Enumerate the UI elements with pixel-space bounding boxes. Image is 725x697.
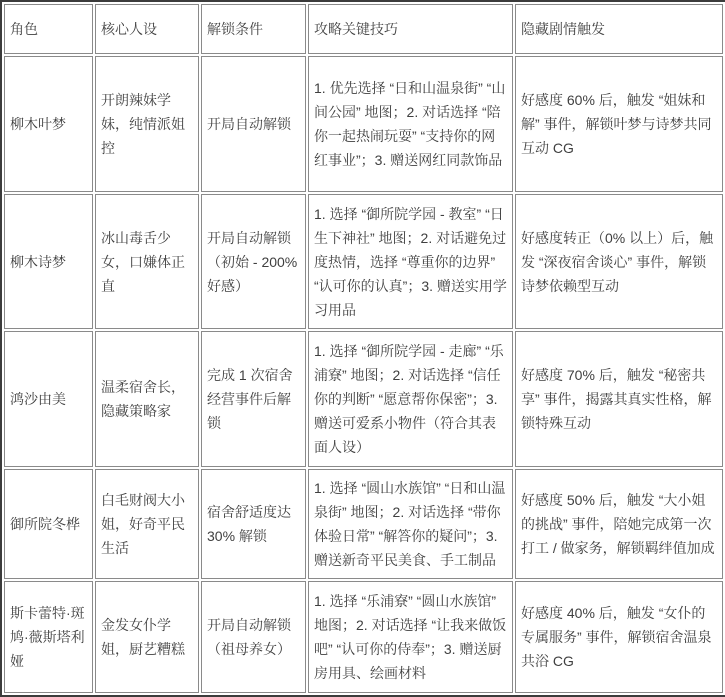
cell-persona: 开朗辣妹学妹，纯情派姐控 bbox=[95, 56, 199, 192]
table-row: 柳木诗梦 冰山毒舌少女，口嫌体正直 开局自动解锁 （初始 - 200% 好感） … bbox=[4, 194, 723, 329]
table-row: 斯卡蕾特·斑鸠·薇斯塔利娅 金发女仆学姐，厨艺糟糕 开局自动解锁 （祖母养女） … bbox=[4, 581, 723, 693]
header-cell-tips: 攻略关键技巧 bbox=[308, 4, 513, 54]
cell-persona: 冰山毒舌少女，口嫌体正直 bbox=[95, 194, 199, 329]
cell-tips: 1. 选择 “御所院学园 - 走廊” “乐浦寮” 地图；2. 对话选择 “信任你… bbox=[308, 331, 513, 467]
header-cell-unlock: 解锁条件 bbox=[201, 4, 306, 54]
header-cell-persona: 核心人设 bbox=[95, 4, 199, 54]
cell-unlock: 开局自动解锁 bbox=[201, 56, 306, 192]
cell-hidden: 好感度 50% 后，触发 “大小姐的挑战” 事件，陪她完成第一次打工 / 做家务… bbox=[515, 469, 723, 579]
cell-hidden: 好感度 60% 后，触发 “姐妹和解” 事件，解锁叶梦与诗梦共同互动 CG bbox=[515, 56, 723, 192]
cell-character: 柳木叶梦 bbox=[4, 56, 93, 192]
cell-unlock: 开局自动解锁 （祖母养女） bbox=[201, 581, 306, 693]
header-row: 角色 核心人设 解锁条件 攻略关键技巧 隐藏剧情触发 bbox=[4, 4, 723, 54]
character-guide-table: 角色 核心人设 解锁条件 攻略关键技巧 隐藏剧情触发 柳木叶梦 开朗辣妹学妹，纯… bbox=[0, 0, 725, 697]
cell-character: 斯卡蕾特·斑鸠·薇斯塔利娅 bbox=[4, 581, 93, 693]
cell-character: 御所院冬桦 bbox=[4, 469, 93, 579]
cell-unlock: 宿舍舒适度达 30% 解锁 bbox=[201, 469, 306, 579]
cell-unlock: 开局自动解锁 （初始 - 200% 好感） bbox=[201, 194, 306, 329]
cell-persona: 白毛财阀大小姐，好奇平民生活 bbox=[95, 469, 199, 579]
cell-hidden: 好感度 70% 后，触发 “秘密共享” 事件，揭露其真实性格，解锁特殊互动 bbox=[515, 331, 723, 467]
cell-tips: 1. 优先选择 “日和山温泉街” “山间公园” 地图；2. 对话选择 “陪你一起… bbox=[308, 56, 513, 192]
cell-persona: 金发女仆学姐，厨艺糟糕 bbox=[95, 581, 199, 693]
header-cell-hidden: 隐藏剧情触发 bbox=[515, 4, 723, 54]
cell-tips: 1. 选择 “圆山水族馆” “日和山温泉街” 地图；2. 对话选择 “带你体验日… bbox=[308, 469, 513, 579]
table-row: 柳木叶梦 开朗辣妹学妹，纯情派姐控 开局自动解锁 1. 优先选择 “日和山温泉街… bbox=[4, 56, 723, 192]
page: 角色 核心人设 解锁条件 攻略关键技巧 隐藏剧情触发 柳木叶梦 开朗辣妹学妹，纯… bbox=[0, 0, 725, 697]
cell-tips: 1. 选择 “御所院学园 - 教室” “日生下神社” 地图；2. 对话避免过度热… bbox=[308, 194, 513, 329]
header-cell-character: 角色 bbox=[4, 4, 93, 54]
cell-hidden: 好感度 40% 后，触发 “女仆的专属服务” 事件，解锁宿舍温泉共浴 CG bbox=[515, 581, 723, 693]
cell-character: 鸿沙由美 bbox=[4, 331, 93, 467]
cell-character: 柳木诗梦 bbox=[4, 194, 93, 329]
cell-tips: 1. 选择 “乐浦寮” “圆山水族馆” 地图；2. 对话选择 “让我来做饭吧” … bbox=[308, 581, 513, 693]
table-row: 御所院冬桦 白毛财阀大小姐，好奇平民生活 宿舍舒适度达 30% 解锁 1. 选择… bbox=[4, 469, 723, 579]
cell-unlock: 完成 1 次宿舍经营事件后解锁 bbox=[201, 331, 306, 467]
cell-persona: 温柔宿舍长，隐藏策略家 bbox=[95, 331, 199, 467]
table-row: 鸿沙由美 温柔宿舍长，隐藏策略家 完成 1 次宿舍经营事件后解锁 1. 选择 “… bbox=[4, 331, 723, 467]
cell-hidden: 好感度转正（0% 以上）后，触发 “深夜宿舍谈心” 事件，解锁诗梦依赖型互动 bbox=[515, 194, 723, 329]
